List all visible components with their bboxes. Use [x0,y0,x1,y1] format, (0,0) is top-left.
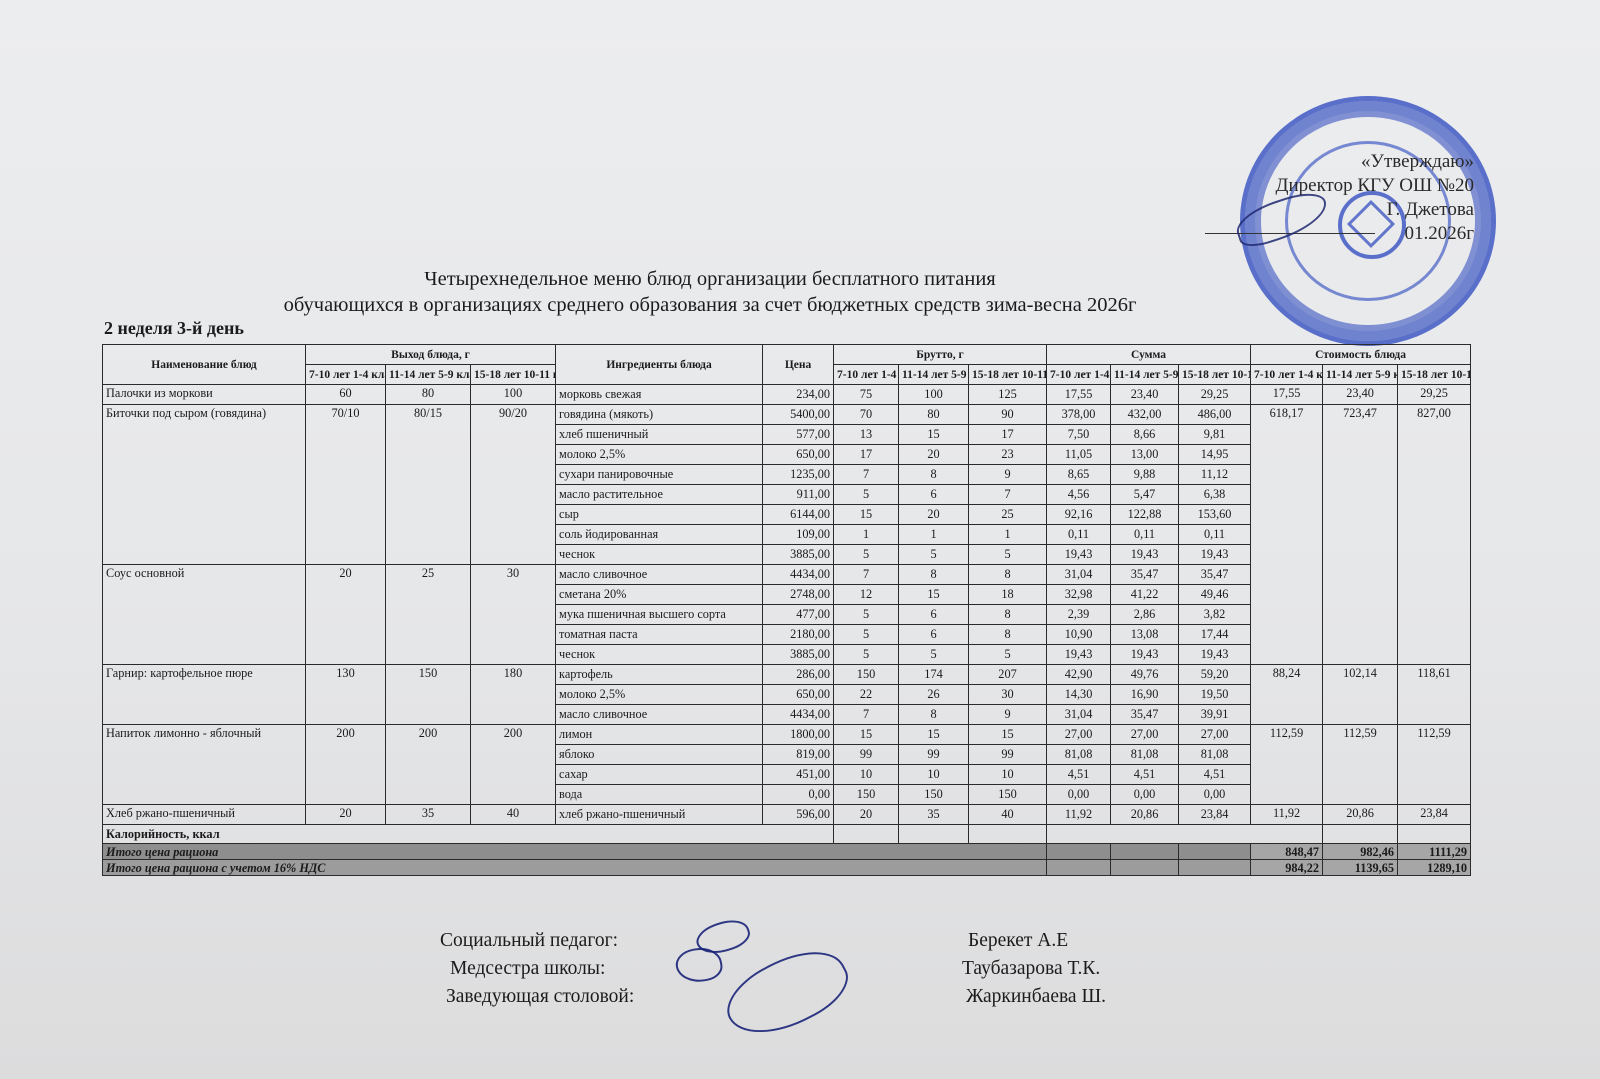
signature-role: Заведующая столовой: [446,984,634,1010]
ingredient-brutto: 26 [899,685,969,705]
approval-date: 01.2026г [1184,222,1474,246]
ingredient-brutto: 10 [969,765,1047,785]
calories-label: Калорийность, ккал [103,825,834,844]
ingredient-sum: 4,51 [1179,765,1251,785]
total-price-row-value: 982,46 [1323,844,1398,860]
signature-name: Таубазарова Т.К. [962,956,1100,982]
ingredient-brutto: 99 [969,745,1047,765]
total-price-row-cell [1179,844,1251,860]
ingredient-brutto: 5 [969,645,1047,665]
ingredient-brutto: 15 [899,725,969,745]
ingredient-sum: 19,50 [1179,685,1251,705]
ingredient-sum: 19,43 [1047,545,1111,565]
ingredient-sum: 0,11 [1111,525,1179,545]
ingredient-sum: 49,46 [1179,585,1251,605]
ingredient-sum: 19,43 [1047,645,1111,665]
dish-output: 60 [306,385,386,405]
ingredient-price: 286,00 [763,665,834,685]
ingredient-name: соль йодированная [556,525,763,545]
ingredient-sum: 4,56 [1047,485,1111,505]
ingredient-name: сметана 20% [556,585,763,605]
ingredient-brutto: 5 [969,545,1047,565]
ingredient-price: 6144,00 [763,505,834,525]
header-age-group: 15-18 лет 10-11 [1398,365,1471,385]
ingredient-brutto: 40 [969,805,1047,825]
ingredient-sum: 6,38 [1179,485,1251,505]
ingredient-price: 596,00 [763,805,834,825]
ingredient-sum: 153,60 [1179,505,1251,525]
total-vat-row: Итого цена рациона с учетом 16% НДС984,2… [103,860,1471,876]
ingredient-sum: 42,90 [1047,665,1111,685]
dish-output: 30 [471,565,556,665]
dish-output: 25 [386,565,471,665]
header-sum: Сумма [1047,345,1251,365]
total-vat-row-label: Итого цена рациона с учетом 16% НДС [103,860,1047,876]
ingredient-brutto: 150 [899,785,969,805]
dish-cost: 112,59 [1251,725,1323,805]
dish-output: 200 [471,725,556,805]
header-age-group: 7-10 лет 1-4 класс [834,365,899,385]
ingredient-sum: 9,81 [1179,425,1251,445]
dish-output: 40 [471,805,556,825]
ingredient-sum: 4,51 [1047,765,1111,785]
ingredient-brutto: 15 [834,725,899,745]
ingredient-sum: 0,00 [1179,785,1251,805]
dish-output: 35 [386,805,471,825]
signature-name: Жаркинбаева Ш. [966,984,1106,1010]
dish-output: 180 [471,665,556,725]
header-age-group: 7-10 лет 1-4 класс [306,365,386,385]
ingredient-price: 650,00 [763,685,834,705]
ingredient-price: 5400,00 [763,405,834,425]
dish-cost: 102,14 [1323,665,1398,725]
header-brutto: Брутто, г [834,345,1047,365]
ingredient-sum: 29,25 [1179,385,1251,405]
total-price-row-cell [1111,844,1179,860]
ingredient-price: 819,00 [763,745,834,765]
ingredient-brutto: 174 [899,665,969,685]
week-day-label: 2 неделя 3-й день [104,318,244,339]
ingredient-sum: 35,47 [1111,565,1179,585]
ingredient-sum: 16,90 [1111,685,1179,705]
ingredient-brutto: 100 [899,385,969,405]
ingredient-name: картофель [556,665,763,685]
dish-cost: 20,86 [1323,805,1398,825]
header-age-group: 7-10 лет 1-4 класс [1251,365,1323,385]
ingredient-brutto: 5 [834,605,899,625]
dish-output: 80/15 [386,405,471,565]
ingredient-brutto: 5 [834,485,899,505]
ingredient-sum: 432,00 [1111,405,1179,425]
approval-heading: «Утверждаю» [1184,150,1474,174]
table-row: Хлеб ржано-пшеничный203540хлеб ржано-пше… [103,805,1471,825]
total-vat-row-cell [1111,860,1179,876]
ingredient-brutto: 20 [899,445,969,465]
dish-cost: 827,00 [1398,405,1471,665]
ingredient-sum: 81,08 [1047,745,1111,765]
dish-output: 90/20 [471,405,556,565]
ingredient-name: чеснок [556,645,763,665]
ingredient-sum: 27,00 [1179,725,1251,745]
ingredient-sum: 13,08 [1111,625,1179,645]
ingredient-sum: 3,82 [1179,605,1251,625]
ingredient-brutto: 5 [834,625,899,645]
total-price-row-value: 1111,29 [1398,844,1471,860]
ingredient-brutto: 5 [899,645,969,665]
ingredient-sum: 35,47 [1111,705,1179,725]
ingredient-brutto: 80 [899,405,969,425]
header-age-group: 15-18 лет 10-11 класс [471,365,556,385]
header-dish-cost: Стоимость блюда [1251,345,1471,365]
total-vat-row-cell [1179,860,1251,876]
menu-table: Наименование блюд Выход блюда, г Ингреди… [102,344,1471,876]
ingredient-brutto: 20 [899,505,969,525]
ingredient-sum: 14,95 [1179,445,1251,465]
dish-cost: 118,61 [1398,665,1471,725]
ingredient-name: масло растительное [556,485,763,505]
ingredient-brutto: 99 [834,745,899,765]
dish-output: 200 [306,725,386,805]
ingredient-brutto: 13 [834,425,899,445]
ingredient-sum: 19,43 [1179,645,1251,665]
ingredient-brutto: 7 [834,705,899,725]
signature-role: Социальный педагог: [440,928,618,954]
ingredient-sum: 35,47 [1179,565,1251,585]
dish-output: 20 [306,805,386,825]
ingredient-sum: 31,04 [1047,705,1111,725]
ingredient-brutto: 1 [969,525,1047,545]
ingredient-brutto: 1 [899,525,969,545]
total-vat-row-value: 1289,10 [1398,860,1471,876]
dish-cost: 112,59 [1323,725,1398,805]
ingredient-brutto: 9 [969,465,1047,485]
ingredient-price: 650,00 [763,445,834,465]
ingredient-sum: 13,00 [1111,445,1179,465]
ingredient-name: говядина (мякоть) [556,405,763,425]
ingredient-name: томатная паста [556,625,763,645]
table-row: Биточки под сыром (говядина)70/1080/1590… [103,405,1471,425]
signature-name: Берекет А.Е [968,928,1068,954]
ingredient-brutto: 8 [969,565,1047,585]
ingredient-brutto: 7 [969,485,1047,505]
dish-cost: 88,24 [1251,665,1323,725]
ingredient-brutto: 6 [899,485,969,505]
header-ingredients: Ингредиенты блюда [556,345,763,385]
ingredient-brutto: 10 [834,765,899,785]
header-age-group: 7-10 лет 1-4 класс [1047,365,1111,385]
ingredient-price: 451,00 [763,765,834,785]
header-dish-name: Наименование блюд [103,345,306,385]
ingredient-price: 0,00 [763,785,834,805]
ingredient-brutto: 22 [834,685,899,705]
ingredient-sum: 20,86 [1111,805,1179,825]
document-title-line1: Четырехнедельное меню блюд организации б… [20,268,1400,291]
ingredient-sum: 27,00 [1111,725,1179,745]
ingredient-sum: 0,00 [1111,785,1179,805]
signature-role: Медсестра школы: [450,956,605,982]
ingredient-sum: 23,84 [1179,805,1251,825]
ingredient-brutto: 90 [969,405,1047,425]
ingredient-sum: 59,20 [1179,665,1251,685]
total-vat-row-value: 984,22 [1251,860,1323,876]
calories-cell [969,825,1047,844]
ingredient-sum: 49,76 [1111,665,1179,685]
ingredient-brutto: 5 [899,545,969,565]
ingredient-sum: 11,05 [1047,445,1111,465]
ingredient-name: хлеб пшеничный [556,425,763,445]
ingredient-name: масло сливочное [556,565,763,585]
ingredient-name: сухари панировочные [556,465,763,485]
ingredient-brutto: 15 [899,585,969,605]
ingredient-brutto: 25 [969,505,1047,525]
ingredient-sum: 41,22 [1111,585,1179,605]
ingredient-brutto: 70 [834,405,899,425]
dish-cost: 23,40 [1323,385,1398,405]
ingredient-sum: 32,98 [1047,585,1111,605]
ingredient-price: 3885,00 [763,545,834,565]
ingredient-brutto: 1 [834,525,899,545]
ingredient-sum: 0,11 [1047,525,1111,545]
ingredient-sum: 17,44 [1179,625,1251,645]
total-vat-row-cell [1047,860,1111,876]
ingredient-sum: 81,08 [1179,745,1251,765]
calories-row: Калорийность, ккал [103,825,1471,844]
ingredient-brutto: 6 [899,605,969,625]
ingredient-name: яблоко [556,745,763,765]
ingredient-name: хлеб ржано-пшеничный [556,805,763,825]
ingredient-sum: 11,12 [1179,465,1251,485]
header-age-group: 15-18 лет 10-11 класс [969,365,1047,385]
ingredient-sum: 486,00 [1179,405,1251,425]
ingredient-price: 911,00 [763,485,834,505]
ingredient-sum: 4,51 [1111,765,1179,785]
ingredient-sum: 5,47 [1111,485,1179,505]
ingredient-brutto: 75 [834,385,899,405]
ingredient-brutto: 9 [969,705,1047,725]
table-row: Палочки из моркови6080100морковь свежая2… [103,385,1471,405]
dish-output: 20 [306,565,386,665]
dish-name: Хлеб ржано-пшеничный [103,805,306,825]
ingredient-sum: 10,90 [1047,625,1111,645]
ingredient-name: лимон [556,725,763,745]
ingredient-sum: 31,04 [1047,565,1111,585]
ingredient-price: 2180,00 [763,625,834,645]
ingredient-sum: 19,43 [1111,645,1179,665]
total-price-row-value: 848,47 [1251,844,1323,860]
dish-cost: 29,25 [1398,385,1471,405]
ingredient-price: 577,00 [763,425,834,445]
ingredient-brutto: 8 [969,625,1047,645]
total-price-row-label: Итого цена рациона [103,844,1047,860]
ingredient-sum: 19,43 [1111,545,1179,565]
ingredient-brutto: 5 [834,545,899,565]
ingredient-price: 1235,00 [763,465,834,485]
calories-cell [1323,825,1398,844]
ingredient-price: 3885,00 [763,645,834,665]
ingredient-name: чеснок [556,545,763,565]
dish-name: Палочки из моркови [103,385,306,405]
ingredient-name: мука пшеничная высшего сорта [556,605,763,625]
ingredient-name: вода [556,785,763,805]
ingredient-sum: 17,55 [1047,385,1111,405]
ingredient-sum: 122,88 [1111,505,1179,525]
ingredient-brutto: 35 [899,805,969,825]
ingredient-brutto: 15 [969,725,1047,745]
ingredient-brutto: 8 [899,565,969,585]
ingredient-brutto: 10 [899,765,969,785]
ingredient-brutto: 17 [969,425,1047,445]
table-row: Напиток лимонно - яблочный200200200лимон… [103,725,1471,745]
ingredient-name: молоко 2,5% [556,445,763,465]
ingredient-brutto: 7 [834,465,899,485]
calories-cell [834,825,899,844]
dish-output: 100 [471,385,556,405]
ingredient-brutto: 150 [969,785,1047,805]
ingredient-brutto: 8 [899,705,969,725]
dish-name: Напиток лимонно - яблочный [103,725,306,805]
dish-output: 200 [386,725,471,805]
header-output: Выход блюда, г [306,345,556,365]
ingredient-brutto: 7 [834,565,899,585]
ingredient-price: 234,00 [763,385,834,405]
ingredient-brutto: 8 [969,605,1047,625]
total-price-row: Итого цена рациона848,47982,461111,29 [103,844,1471,860]
ingredient-sum: 7,50 [1047,425,1111,445]
ingredient-sum: 9,88 [1111,465,1179,485]
dish-name: Соус основной [103,565,306,665]
ingredient-brutto: 15 [899,425,969,445]
ingredient-brutto: 150 [834,665,899,685]
ingredient-brutto: 207 [969,665,1047,685]
dish-cost: 112,59 [1398,725,1471,805]
ingredient-sum: 92,16 [1047,505,1111,525]
header-age-group: 15-18 лет 10-11 [1179,365,1251,385]
ingredient-price: 109,00 [763,525,834,545]
ingredient-brutto: 125 [969,385,1047,405]
ingredient-name: масло сливочное [556,705,763,725]
header-age-group: 11-14 лет 5-9 класс [1323,365,1398,385]
dish-cost: 17,55 [1251,385,1323,405]
ingredient-brutto: 30 [969,685,1047,705]
ingredient-brutto: 18 [969,585,1047,605]
ingredient-sum: 39,91 [1179,705,1251,725]
dish-cost: 723,47 [1323,405,1398,665]
ingredient-sum: 0,00 [1047,785,1111,805]
total-vat-row-value: 1139,65 [1323,860,1398,876]
dish-output: 130 [306,665,386,725]
ingredient-price: 1800,00 [763,725,834,745]
ingredient-brutto: 23 [969,445,1047,465]
document-title-line2: обучающихся в организациях среднего обра… [20,294,1400,317]
ingredient-sum: 378,00 [1047,405,1111,425]
ingredient-brutto: 99 [899,745,969,765]
ingredient-brutto: 12 [834,585,899,605]
approval-position: Директор КГУ ОШ №20 [1184,174,1474,198]
ingredient-brutto: 5 [834,645,899,665]
dish-output: 70/10 [306,405,386,565]
ingredient-sum: 19,43 [1179,545,1251,565]
dish-name: Биточки под сыром (говядина) [103,405,306,565]
ingredient-brutto: 15 [834,505,899,525]
ingredient-sum: 11,92 [1047,805,1111,825]
header-age-group: 11-14 лет 5-9 класс [386,365,471,385]
table-row: Гарнир: картофельное пюре130150180картоф… [103,665,1471,685]
calories-cell [1047,825,1323,844]
ingredient-sum: 2,86 [1111,605,1179,625]
ingredient-brutto: 17 [834,445,899,465]
dish-cost: 11,92 [1251,805,1323,825]
ingredient-brutto: 150 [834,785,899,805]
ingredient-brutto: 20 [834,805,899,825]
calories-cell [899,825,969,844]
dish-output: 150 [386,665,471,725]
ingredient-name: сахар [556,765,763,785]
ingredient-price: 4434,00 [763,705,834,725]
ingredient-sum: 81,08 [1111,745,1179,765]
ingredient-name: морковь свежая [556,385,763,405]
ingredient-sum: 8,65 [1047,465,1111,485]
dish-cost: 23,84 [1398,805,1471,825]
ingredient-sum: 27,00 [1047,725,1111,745]
header-price: Цена [763,345,834,385]
ingredient-sum: 23,40 [1111,385,1179,405]
total-price-row-cell [1047,844,1111,860]
dish-output: 80 [386,385,471,405]
ingredient-sum: 2,39 [1047,605,1111,625]
ingredient-price: 4434,00 [763,565,834,585]
ingredient-price: 2748,00 [763,585,834,605]
dish-cost: 618,17 [1251,405,1323,665]
header-age-group: 11-14 лет 5-9 класс [1111,365,1179,385]
calories-cell [1398,825,1471,844]
signature-row-social-teacher: Социальный педагог: Берекет А.Е [440,928,1160,956]
ingredient-price: 477,00 [763,605,834,625]
ingredient-name: молоко 2,5% [556,685,763,705]
ingredient-sum: 8,66 [1111,425,1179,445]
ingredient-sum: 14,30 [1047,685,1111,705]
header-age-group: 11-14 лет 5-9 класс [899,365,969,385]
dish-name: Гарнир: картофельное пюре [103,665,306,725]
ingredient-name: сыр [556,505,763,525]
ingredient-brutto: 8 [899,465,969,485]
approval-block: «Утверждаю» Директор КГУ ОШ №20 Г. Джето… [1184,150,1474,246]
approval-name: Г. Джетова [1184,198,1474,222]
ingredient-brutto: 6 [899,625,969,645]
ingredient-sum: 0,11 [1179,525,1251,545]
